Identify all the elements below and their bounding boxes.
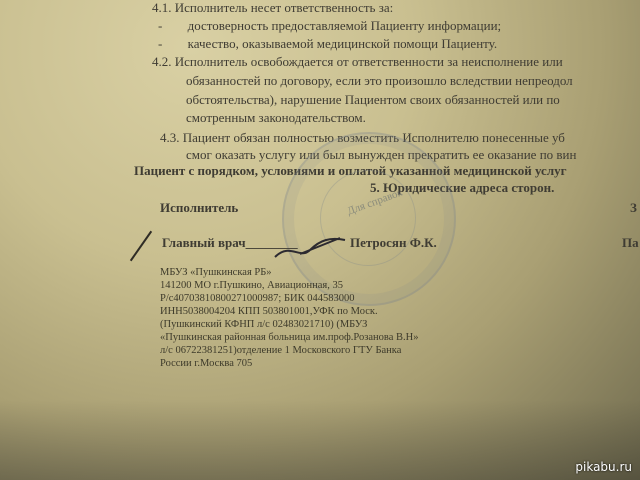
clause-text: качество, оказываемой медицинской помощи… xyxy=(188,36,498,51)
address-line: ИНН5038004204 КПП 503801001,УФК по Моск. xyxy=(160,306,378,317)
photo-shadow xyxy=(0,400,640,480)
clause-text: Исполнитель несет ответственность за: xyxy=(175,0,394,15)
right-edge-text: Па xyxy=(622,235,639,251)
document-photo: 4.1. Исполнитель несет ответственность з… xyxy=(0,0,640,480)
clause-number: 4.1. xyxy=(152,0,172,15)
clause-text: достоверность предоставляемой Пациенту и… xyxy=(188,18,502,33)
bullet: - xyxy=(158,18,162,33)
watermark: pikabu.ru xyxy=(575,460,632,474)
clause-4-2: 4.2. Исполнитель освобождается от ответс… xyxy=(152,54,563,70)
executor-label: Исполнитель xyxy=(160,200,238,216)
clause-text: смотренным законодательством. xyxy=(186,110,366,126)
clause-text: обстоятельства), нарушение Пациентом сво… xyxy=(186,92,560,108)
clause-number: 4.3. xyxy=(160,130,180,145)
right-edge-text: З xyxy=(630,200,637,216)
clause-number: 4.2. xyxy=(152,54,172,69)
address-line: 141200 МО г.Пушкино, Авиационная, 35 xyxy=(160,280,343,291)
address-line: (Пушкинский КФНП л/с 02483021710) (МБУЗ xyxy=(160,319,367,330)
clause-bullet: - достоверность предоставляемой Пациенту… xyxy=(158,18,501,34)
clause-4-1: 4.1. Исполнитель несет ответственность з… xyxy=(152,0,393,16)
address-line: России г.Москва 705 xyxy=(160,358,252,369)
address-line: Р/с40703810800271000987; БИК 044583000 xyxy=(160,293,354,304)
address-line: МБУЗ «Пушкинская РБ» xyxy=(160,267,272,278)
bullet: - xyxy=(158,36,162,51)
clause-bullet: - качество, оказываемой медицинской помо… xyxy=(158,36,497,52)
address-line: л/с 06722381251)отделение 1 Московского … xyxy=(160,345,401,356)
clause-text: обязанностей по договору, если это произ… xyxy=(186,73,573,89)
address-line: «Пушкинская районная больница им.проф.Ро… xyxy=(160,332,419,343)
pen-mark xyxy=(130,231,152,262)
clause-text: Исполнитель освобождается от ответственн… xyxy=(175,54,563,69)
signature-role: Главный врач xyxy=(162,235,246,250)
handwritten-signature xyxy=(270,232,350,262)
signer-name: Петросян Ф.К. xyxy=(350,235,437,251)
stamp-text: Для справок xyxy=(346,186,405,217)
